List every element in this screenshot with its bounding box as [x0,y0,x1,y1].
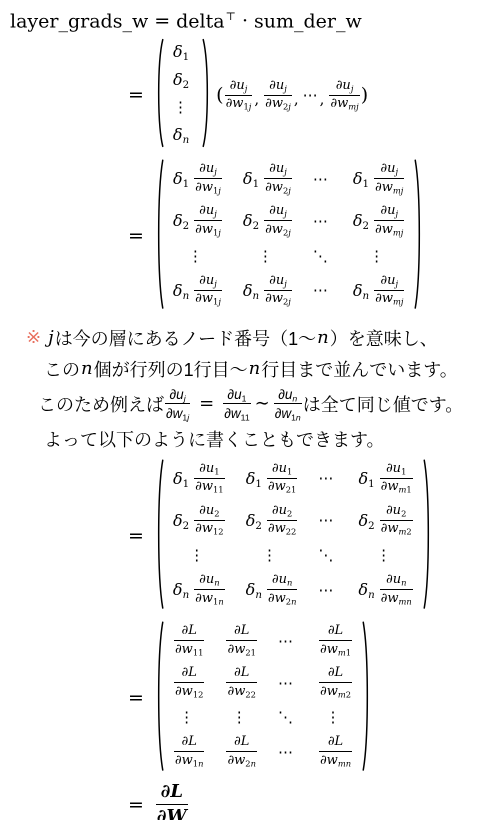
math-subscript-char: m [338,689,346,699]
math-symbol: ∂w [381,479,399,494]
math-dots: ⋮ [232,708,248,726]
equals-sign: = [128,687,144,709]
math-subscript: 1 [253,178,260,190]
math-subscript-char: 1 [183,51,190,63]
math-subscript: n [292,393,297,403]
math-symbol: ∂w [381,591,399,606]
math-text: sum_der_w [254,10,362,32]
math-atom: ∂w1j [226,96,252,111]
math-symbol: δ [173,211,183,230]
derivative-row-vector: (∂uj∂w1j,∂uj∂w2j,⋯,∂uj∂wmj) [216,79,368,112]
math-subscript-char: j [218,227,221,237]
math-subscript: mj [393,185,403,195]
math-subscript: 21 [286,485,297,495]
math-symbol: δ [173,469,183,488]
math-atom: ∂w22 [227,684,255,699]
fraction-denominator: ∂wmj [374,181,404,196]
matrix-cell: ⋮ [188,247,208,265]
math-symbol: ∂L [182,734,197,749]
note-text: ）を意味し、 [330,325,438,351]
math-fraction: ∂u2∂w12 [194,504,224,537]
math-symbol: ∂w [195,479,213,494]
math-symbol: ∂w [175,642,193,657]
math-subscript-char: n [346,758,351,768]
math-operator: · [242,10,248,32]
math-atom: δ2 [243,211,259,230]
math-subscript: j [284,278,287,288]
math-subscript-char: 2 [346,689,351,699]
fraction-numerator: ∂uj [268,162,288,177]
math-fraction: ∂uj∂w1j [225,79,253,112]
fraction-denominator: ∂wmj [374,223,404,238]
fraction-denominator: ∂w1j [194,181,222,196]
math-operator: = [154,10,170,32]
equation-matrix-un: = δ1∂u1∂w11δ1∂u1∂w21⋯δ1∂u1∂wm1δ2∂u2∂w12δ… [128,458,488,614]
math-fraction: ∂u1∂wm1 [380,462,413,495]
dL-dW-fraction: ∂L∂W [155,782,189,820]
paren: ) [361,84,368,106]
math-atom: ∂L [161,781,183,802]
matrix-cell: δ2∂uj∂w2j [243,204,293,237]
math-subscript-char: m [393,227,401,237]
matrix: δ1∂uj∂w1jδ1∂uj∂w2j⋯δ1∂uj∂wmjδ2∂uj∂w1jδ2∂… [155,158,424,310]
matrix-cell: ∂L∂w11 [173,624,205,657]
math-subscript-char: 2 [183,221,190,233]
math-dots: ⋮ [262,546,278,564]
math-subscript-char: 2 [198,689,203,699]
math-atom: ∂w2j [265,222,291,237]
equals-sign: = [128,794,144,816]
math-symbol: ∂u [278,387,292,402]
math-atom: ∂L [234,734,249,749]
math-atom: ∂uj [199,273,217,288]
math-subscript-char: n [183,290,190,302]
math-fraction: ∂uj∂w2j [264,204,292,237]
matrix-grid: δ1∂u1∂w11δ1∂u1∂w21⋯δ1∂u1∂wm1δ2∂u2∂w12δ2∂… [164,458,423,610]
matrix-cell: ⋯ [278,632,298,650]
note-text: よって以下のように書くこともできます。 [44,426,385,452]
math-dots: ⋮ [376,546,392,564]
fraction-denominator: ∂w1n [274,406,302,421]
math-symbol: ∂w [166,406,182,421]
math-fraction: ∂uj∂w2j [264,162,292,195]
math-atom: δn [358,580,374,599]
fraction-denominator: ∂wmn [319,754,352,769]
math-symbol: ∂L [182,665,197,680]
math-atom: ∂u1 [227,387,246,402]
math-subscript-char: n [183,589,190,601]
math-subscript-char: 2 [251,689,256,699]
math-atom: ∂w12 [175,684,203,699]
math-subscript: 1 [401,466,406,476]
math-atom: ∂wmn [381,591,412,606]
math-symbol: ∂w [224,406,240,421]
matrix-cell: δn∂uj∂w2j [243,274,293,307]
fraction-numerator: ∂L [233,735,250,750]
fraction-denominator: ∂w12 [174,685,204,700]
matrix-dL-dw: ∂L∂w11∂L∂w21⋯∂L∂wm1∂L∂w12∂L∂w22⋯∂L∂wm2⋮⋮… [155,620,371,776]
math-subscript: m2 [399,527,412,537]
math-atom: ∂L [328,734,343,749]
math-dots: ⋮ [173,98,189,116]
fraction-denominator: ∂w2j [264,97,292,112]
math-subscript: 22 [245,689,256,699]
math-atom: ∂wmj [375,222,403,237]
math-subscript-char: j [214,167,217,177]
fraction-numerator: ∂un [385,573,407,588]
math-subscript: n [287,578,292,588]
matrix-cell: ⋮ [326,708,346,726]
math-subscript: j [284,209,287,219]
math-atom: ∂w22 [268,521,296,536]
math-atom: δ1 [243,169,259,188]
math-note-page: layer_grads_w=delta⊤·sum_der_w = δ1δ2⋮δn… [0,0,488,820]
math-fraction: ∂un∂w1n [274,387,302,421]
math-symbol: ∂u [380,161,395,176]
math-subscript: mn [399,596,412,606]
math-fraction: ∂uj∂w2j [264,274,292,307]
math-fraction: ∂u1∂w11 [194,462,224,495]
math-subscript-char: 2 [183,520,190,532]
math-atom: δ1 [173,169,189,188]
math-subscript-char: m [348,102,356,112]
math-subscript: j [214,167,217,177]
math-fraction: ∂uj∂wmj [374,274,404,307]
matrix-cell: ⋮ [262,546,282,564]
math-symbol: ∂u [380,273,395,288]
math-subscript: 2j [283,297,291,307]
math-subscript: 2 [183,520,190,532]
equals-sign: = [128,225,144,247]
math-atom: ∂w1n [275,406,301,421]
math-atom: ∂W [157,806,187,820]
math-subscript: 2 [183,79,190,91]
fraction-denominator: ∂w21 [267,480,297,495]
math-subscript-char: 2 [253,221,260,233]
math-symbol: δ [246,580,256,599]
math-subscript: 2 [183,221,190,233]
math-subscript: n [255,589,262,601]
fraction-numerator: ∂u1 [271,462,293,477]
math-atom: δn [246,580,262,599]
math-symbol: ∂w [268,591,286,606]
math-subscript: 2 [255,520,262,532]
matrix-cell: ⋯ [278,674,298,692]
math-subscript-char: j [356,102,359,112]
math-atom: ∂un [272,572,292,587]
math-atom: ∂wm2 [320,684,351,699]
math-symbol: ∂u [269,161,284,176]
math-atom: ∂un [278,387,297,402]
math-subscript: 22 [286,527,297,537]
math-fraction: ∂u1∂w11 [223,387,250,421]
math-atom: ∂u1 [386,461,406,476]
math-atom: δ2 [173,70,189,89]
math-operator: = [199,393,214,414]
math-subscript-char: n [214,578,219,588]
math-symbol: ∂W [157,806,187,820]
fraction-denominator: ∂w2n [267,592,298,607]
matrix-cell: δ2∂u2∂w22 [246,504,299,537]
matrix-cell: ∂L∂wmn [318,735,353,768]
math-comma: , [294,90,299,108]
math-symbol: ∂u [199,461,214,476]
math-atom: ∂wmn [320,753,351,768]
math-atom: ∂L [328,665,343,680]
fraction-bar [274,403,302,404]
math-subscript-char: j [245,83,248,93]
math-subscript-char: j [396,278,399,288]
fraction-denominator: ∂w2j [264,223,292,238]
math-symbol: ∂w [320,642,338,657]
matrix-cell: ⋯ [313,281,333,299]
math-atom: ∂u2 [272,503,292,518]
math-subscript: m1 [399,485,412,495]
math-subscript: 2j [283,227,291,237]
math-subscript: 1 [214,466,219,476]
math-symbol: δ [358,511,368,530]
note-marker-icon: ※ [26,327,41,348]
math-dots: ⋮ [188,247,204,265]
math-subscript-char: 1 [245,412,250,422]
equation-matrix-dL: = ∂L∂w11∂L∂w21⋯∂L∂wm1∂L∂w12∂L∂w22⋯∂L∂wm2… [128,620,488,776]
math-subscript: 11 [193,647,204,657]
math-subscript: 1j [182,412,189,422]
fraction-numerator: ∂L [160,782,184,802]
math-subscript: 1j [213,227,221,237]
math-fraction: ∂uj∂wmj [374,162,404,195]
math-subscript: n [368,589,375,601]
math-symbol: ∂L [182,623,197,638]
math-atom: δ2 [173,511,189,530]
math-subscript-char: n [291,596,296,606]
fraction-numerator: ∂un [198,573,220,588]
matrix-grid: ∂L∂w11∂L∂w21⋯∂L∂wm1∂L∂w12∂L∂w22⋯∂L∂wm2⋮⋮… [164,620,362,772]
math-atom: ∂L [234,623,249,638]
math-symbol: ∂u [272,503,287,518]
math-atom: ∂w1n [175,753,204,768]
math-symbol: ∂w [375,291,393,306]
math-subscript: j [245,83,248,93]
math-subscript-char: n [292,393,297,403]
math-subscript: 1n [213,596,224,606]
fraction-numerator: ∂uj [379,204,399,219]
math-subscript-char: j [401,297,404,307]
math-atom: ∂w12 [195,521,223,536]
math-subscript: n [363,290,370,302]
note-line-2: このn個が行列の1行目〜n行目まで並んでいます。 [44,356,488,382]
math-symbol: ∂w [320,753,338,768]
math-subscript-char: m [338,647,346,657]
math-fraction: ∂un∂wmn [380,573,413,606]
matrix-cell: δ1∂u1∂w11 [173,462,226,495]
math-dots: ⋮ [258,247,274,265]
fraction-numerator: ∂uj [198,162,218,177]
math-subscript-char: j [214,278,217,288]
fraction-numerator: ∂uj [335,79,355,94]
paren: ( [216,84,223,106]
fraction-numerator: ∂L [327,666,344,681]
math-symbol: ∂u [199,273,214,288]
math-symbol: ∂u [336,78,351,93]
math-subscript-char: j [288,102,291,112]
equation-matrix-uj: = δ1∂uj∂w1jδ1∂uj∂w2j⋯δ1∂uj∂wmjδ2∂uj∂w1jδ… [128,158,488,314]
math-variable: n [317,327,329,348]
math-symbol: δ [173,42,183,61]
matrix-cell: ⋮ [189,546,209,564]
fraction-denominator: ∂w1j [194,292,222,307]
math-subscript: 2 [214,508,219,518]
fraction-numerator: ∂uj [268,79,288,94]
math-dots: ⋯ [313,212,329,230]
math-fraction: ∂uj∂w1j [194,274,222,307]
math-subscript-char: n [363,290,370,302]
math-subscript: 21 [245,647,256,657]
math-dots: ⋯ [313,170,329,188]
math-subscript: j [214,209,217,219]
math-subscript-char: 1 [291,485,296,495]
fraction-numerator: ∂L [181,624,198,639]
math-symbol: ∂w [265,96,283,111]
fraction-numerator: ∂L [327,624,344,639]
fraction-bar [165,403,190,404]
math-atom: ∂w11 [175,642,203,657]
math-subscript: 1 [183,478,190,490]
matrix-cell: ⋮ [179,708,199,726]
math-atom: ∂uj [199,161,217,176]
math-subscript-char: 1 [183,178,190,190]
fraction-denominator: ∂wm1 [319,643,352,658]
math-symbol: δ [246,469,256,488]
math-atom: δ2 [246,511,262,530]
math-subscript: 2 [401,508,406,518]
equals-sign: = [128,84,144,106]
math-dots: ⋯ [303,86,319,104]
math-subscript: 2 [253,221,260,233]
math-subscript: 2j [283,185,291,195]
matrix-grid: δ1∂uj∂w1jδ1∂uj∂w2j⋯δ1∂uj∂wmjδ2∂uj∂w1jδ2∂… [164,158,415,310]
math-subscript: j [396,278,399,288]
math-subscript-char: 1 [251,647,256,657]
math-symbol: ∂u [230,78,245,93]
math-subscript: n [183,290,190,302]
math-comma: , [320,90,325,108]
math-dots: ⋮ [326,708,342,726]
math-fraction: ∂uj∂w1j [194,204,222,237]
math-subscript: j [284,167,287,177]
math-subscript-char: n [218,596,223,606]
math-symbol: ∂w [381,521,399,536]
math-fraction: ∂uj∂w1j [194,162,222,195]
math-symbol: ∂u [199,203,214,218]
math-subscript-char: n [183,134,190,146]
equation-outer-product: = δ1δ2⋮δn (∂uj∂w1j,∂uj∂w2j,⋯,∂uj∂wmj) [128,38,488,152]
math-symbol: δ [173,169,183,188]
math-subscript-char: j [288,297,291,307]
delta-column-vector: δ1δ2⋮δn [155,38,211,152]
matrix-cell: ⋮ [369,247,389,265]
math-atom: ∂uj [269,161,287,176]
fraction-numerator: ∂L [327,735,344,750]
math-subscript-char: 2 [287,508,292,518]
math-dots: ⋱ [313,247,329,265]
math-atom: ∂wm1 [381,479,412,494]
math-fraction: ∂L∂w21 [226,624,256,657]
math-atom: ∂uj [269,78,287,93]
math-symbol: ∂w [265,222,283,237]
math-subscript: n [183,134,190,146]
matrix-cell: δn∂uj∂w1j [173,274,223,307]
math-fraction: ∂L∂w2n [226,735,257,768]
fraction-numerator: ∂uj [198,274,218,289]
matrix: δ1δ2⋮δn [155,38,211,148]
fraction-numerator: ∂uj [379,274,399,289]
math-subscript-char: m [338,758,346,768]
math-fraction: ∂u1∂w21 [267,462,297,495]
math-symbol: ∂w [227,753,245,768]
fraction-numerator: ∂uj [268,274,288,289]
math-subscript: j [214,278,217,288]
math-symbol: ∂w [265,291,283,306]
fraction-denominator: ∂wmn [380,592,413,607]
math-subscript-char: j [395,167,398,177]
math-subscript: m2 [338,689,351,699]
math-subscript-char: 2 [363,221,370,233]
math-subscript: 2j [283,102,291,112]
math-symbol: ∂w [227,642,245,657]
math-atom: ∂un [386,572,406,587]
matrix-cell: ∂L∂w2n [225,735,258,768]
fraction-numerator: ∂uj [229,79,249,94]
math-subscript: 2 [287,508,292,518]
math-symbol: ∂w [175,753,193,768]
math-subscript-char: n [198,758,203,768]
math-atom: δn [173,281,189,300]
matrix-cell: δ2∂uj∂w1j [173,204,223,237]
matrix-cell: ⋯ [318,511,338,529]
math-fraction: ∂L∂w22 [226,666,256,699]
note-text: は今の層にあるノード番号（1〜 [55,325,316,351]
math-symbol: ∂u [386,461,401,476]
math-subscript-char: 1 [368,478,375,490]
math-symbol: δ [243,281,253,300]
math-symbol: δ [353,169,363,188]
math-text: layer_grads_w [10,10,148,32]
fraction-numerator: ∂uj [198,204,218,219]
math-atom: ∂uj [380,161,398,176]
math-fraction: ∂L∂wmn [319,735,352,768]
math-subscript-char: m [393,297,401,307]
math-subscript-char: j [401,227,404,237]
math-subscript-char: 1 [255,478,262,490]
math-text: delta [176,10,224,32]
math-symbol: ∂L [328,623,343,638]
math-symbol: δ [353,281,363,300]
math-atom: ∂L [234,665,249,680]
math-atom: ∂w21 [227,642,255,657]
math-symbol: ∂w [175,684,193,699]
math-subscript-char: n [401,578,406,588]
matrix-delta-dun-dw: δ1∂u1∂w11δ1∂u1∂w21⋯δ1∂u1∂wm1δ2∂u2∂w12δ2∂… [155,458,432,614]
math-atom: ∂L [182,623,197,638]
math-subscript: mj [393,297,403,307]
math-symbol: ∂w [330,96,348,111]
matrix-cell: ⋱ [278,708,298,726]
math-atom: δn [353,281,369,300]
math-dots: ⋯ [318,469,334,487]
math-subscript-char: j [395,209,398,219]
math-atom: ∂w2n [268,591,297,606]
